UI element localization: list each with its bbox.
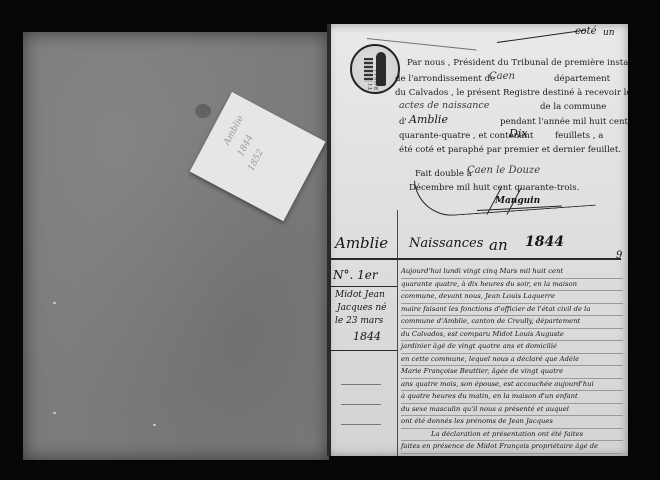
- margin-name-line-2: Jacques né: [337, 303, 387, 313]
- entry-line: quarante quatre, à dix heures du soir, e…: [401, 279, 623, 292]
- cert-line-4-fill: actes de naissance: [399, 100, 489, 111]
- seal-figure: [364, 52, 386, 86]
- margin-rule: [397, 210, 398, 456]
- entry-line: commune, devant nous, Jean Louis Laquerr…: [401, 291, 623, 304]
- entry-line: cinquante cinq ans et de Marie Jean Fran…: [401, 454, 623, 457]
- cert-line-6-suffix: feuillets , a: [555, 131, 603, 141]
- entry-number: N°. 1er: [333, 268, 378, 282]
- entry-line: commune d'Amblie, canton de Creully, dép…: [401, 316, 623, 329]
- seal-icon: TIMBRE ROYAL: [350, 44, 400, 94]
- cover-fleck: [53, 412, 56, 414]
- heading-commune: Amblie: [335, 234, 388, 252]
- cert-line-2-prefix: de l'arrondissement de: [395, 74, 495, 84]
- entry-line: La déclaration et présentation ont été f…: [401, 429, 623, 442]
- slip-text-3: 1852: [246, 148, 266, 173]
- cert-line-4-suffix: de la commune: [540, 102, 606, 112]
- heading-year-label: an: [489, 236, 508, 254]
- margin-name-line-1: Midot Jean: [335, 290, 385, 300]
- entry-line: ans quatre mois, son épouse, est accouch…: [401, 379, 623, 392]
- cert-line-5-suffix: pendant l'année mil huit cent: [500, 117, 628, 127]
- margin-end-rule: [331, 350, 397, 351]
- entry-line: du sexe masculin qu'il nous a présenté e…: [401, 404, 623, 417]
- heading-rule: [331, 258, 621, 260]
- entry-line: Aujourd'hui lundi vingt cinq Mars mil hu…: [401, 266, 623, 279]
- cert-line-2-fill: Caen: [489, 71, 515, 82]
- margin-faint-rule: [341, 424, 381, 425]
- entry-line: jardinier âgé de vingt quatre ans et dom…: [401, 341, 623, 354]
- cover-fleck: [53, 302, 56, 304]
- margin-faint-rule: [341, 404, 381, 405]
- entry-body: Aujourd'hui lundi vingt cinq Mars mil hu…: [401, 266, 623, 456]
- cert-line-3: du Calvados , le présent Registre destin…: [395, 88, 628, 98]
- heading-year: 1844: [525, 234, 564, 250]
- cert-line-7: été coté et paraphé par premier et derni…: [399, 145, 621, 155]
- entry-line: ont été donnés les prénoms de Jean Jacqu…: [401, 416, 623, 429]
- entry-line: en cette commune, lequel nous a déclaré …: [401, 354, 623, 367]
- page-binding-edge: [327, 24, 331, 456]
- cert-line-5-prefix: d': [399, 117, 407, 127]
- entry-line: du Calvados, est comparu Midot Louis Aug…: [401, 329, 623, 342]
- cert-line-6-fill: Dix: [509, 127, 528, 140]
- cert-line-2-suffix: département: [554, 74, 610, 84]
- heading-title: Naissances: [409, 236, 483, 251]
- register-page: coté un TIMBRE ROYAL Par nous , Présiden…: [327, 24, 628, 456]
- cote-stroke: [497, 29, 586, 43]
- cote-value: un: [603, 28, 615, 38]
- margin-name-line-3: le 23 mars: [335, 316, 383, 326]
- margin-faint-rule: [341, 384, 381, 385]
- entry-line: à quatre heures du matin, en la maison d…: [401, 391, 623, 404]
- cover-stain: [195, 104, 211, 118]
- cert-line-5-fill: Amblie: [409, 113, 448, 126]
- margin-year: 1844: [353, 330, 381, 343]
- cert-line-1: Par nous , Président du Tribunal de prem…: [407, 58, 628, 68]
- cover-fleck: [153, 424, 156, 426]
- margin-number-rule: [331, 286, 397, 287]
- entry-line: maire faisant les fonctions d'officier d…: [401, 304, 623, 317]
- entry-line: Marie Françoise Beuttier, âgée de vingt …: [401, 366, 623, 379]
- entry-line: faites en présence de Midot François pro…: [401, 441, 623, 454]
- register-cover-board: [23, 32, 329, 460]
- scanned-register-image: coté un TIMBRE ROYAL Par nous , Présiden…: [0, 0, 660, 480]
